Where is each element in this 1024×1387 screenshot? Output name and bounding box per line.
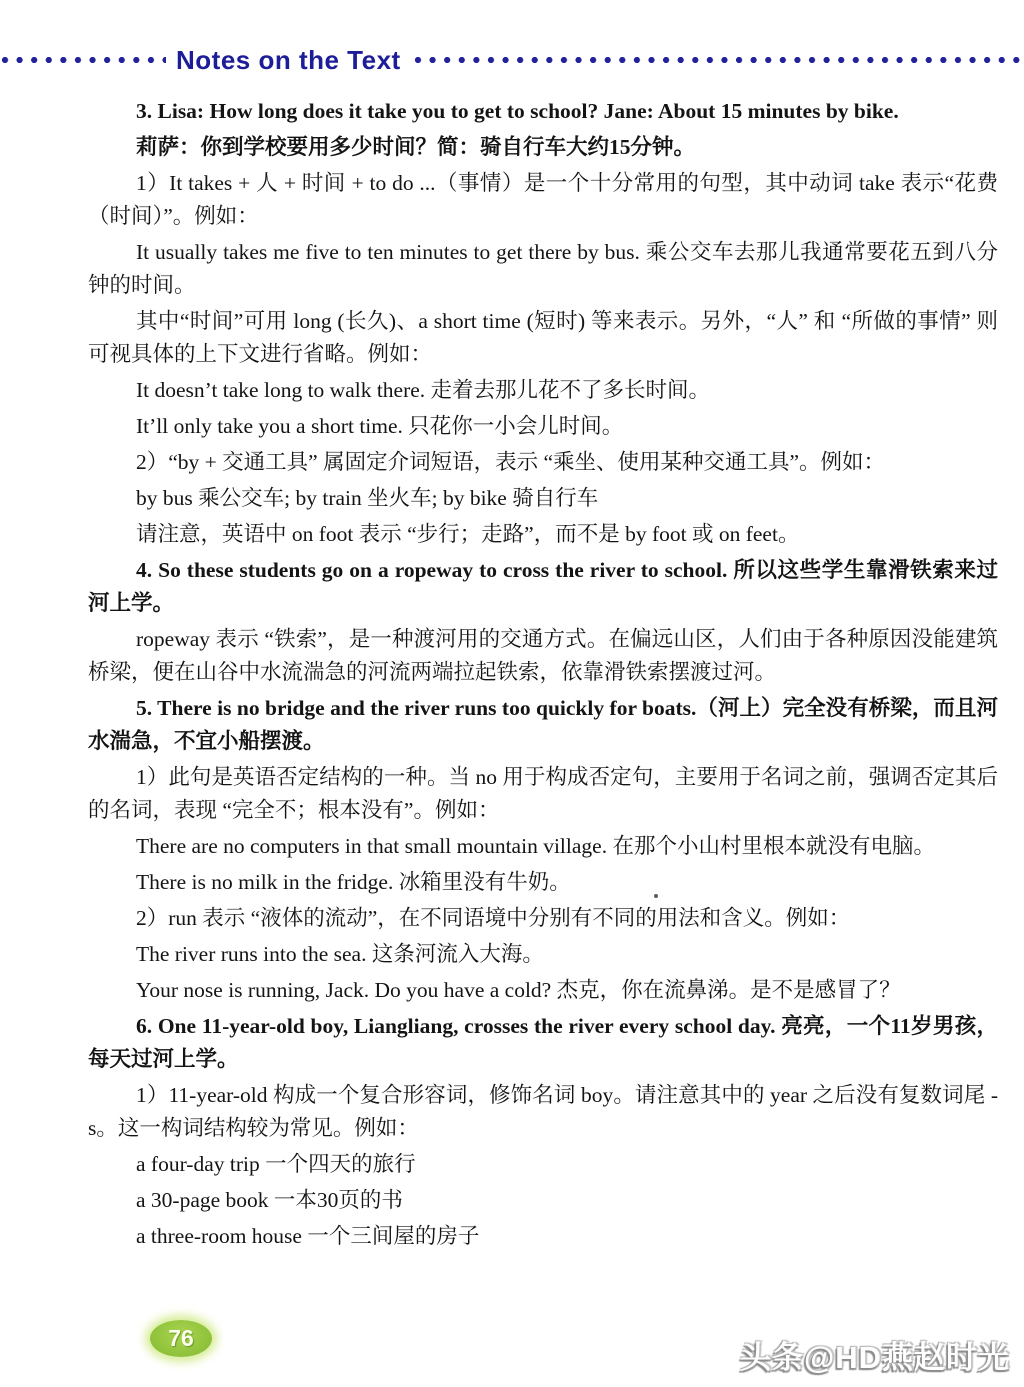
note-3-point-2: 2）“by + 交通工具” 属固定介词短语，表示 “乘坐、使用某种交通工具”。例… <box>88 446 998 479</box>
note-4-explanation: ropeway 表示 “铁索”，是一种渡河用的交通方式。在偏远山区，人们由于各种… <box>88 623 998 689</box>
example-phrase: a three-room house 一个三间屋的房子 <box>88 1220 998 1253</box>
example-phrases: by bus 乘公交车; by train 坐火车; by bike 骑自行车 <box>88 482 998 515</box>
section-title: Notes on the Text <box>166 45 413 76</box>
dotted-rule-right <box>413 55 1024 65</box>
note-5-point-2: 2）run 表示 “液体的流动”，在不同语境中分别有不同的用法和含义。例如： <box>88 902 998 935</box>
note-6-sentence: 6. One 11-year-old boy, Liangliang, cros… <box>88 1010 998 1076</box>
note-3-usage: 其中“时间”可用 long (长久)、a short time (短时) 等来表… <box>88 305 998 371</box>
example-phrase: a 30-page book 一本30页的书 <box>88 1184 998 1217</box>
dotted-rule-left <box>0 55 166 65</box>
note-3-translation: 莉萨：你到学校要用多少时间？简：骑自行车大约15分钟。 <box>88 131 998 164</box>
example-sentence: There is no milk in the fridge. 冰箱里没有牛奶。 <box>88 866 998 899</box>
example-sentence: There are no computers in that small mou… <box>88 830 998 863</box>
example-sentence: It’ll only take you a short time. 只花你一小会… <box>88 410 998 443</box>
watermark: 头条@HD燕赵时光 <box>740 1332 1010 1377</box>
notes-body: 3. Lisa: How long does it take you to ge… <box>0 76 1024 1253</box>
note-3-sentence: 3. Lisa: How long does it take you to ge… <box>88 95 998 128</box>
note-4-sentence: 4. So these students go on a ropeway to … <box>88 554 998 620</box>
example-sentence: Your nose is running, Jack. Do you have … <box>88 974 998 1007</box>
example-sentence: It usually takes me five to ten minutes … <box>88 236 998 302</box>
page-number-badge: 76 <box>150 1320 212 1357</box>
example-phrase: a four-day trip 一个四天的旅行 <box>88 1148 998 1181</box>
note-5-point-1: 1）此句是英语否定结构的一种。当 no 用于构成否定句，主要用于名词之前，强调否… <box>88 761 998 827</box>
example-sentence: It doesn’t take long to walk there. 走着去那… <box>88 374 998 407</box>
example-sentence: The river runs into the sea. 这条河流入大海。 <box>88 938 998 971</box>
section-header: Notes on the Text <box>0 0 1024 76</box>
note-3-point-1: 1）It takes + 人 + 时间 + to do ...（事情）是一个十分… <box>88 167 998 233</box>
textbook-page: Notes on the Text 3. Lisa: How long does… <box>0 0 1024 1387</box>
note-6-point-1: 1）11-year-old 构成一个复合形容词，修饰名词 boy。请注意其中的 … <box>88 1079 998 1145</box>
note-5-sentence: 5. There is no bridge and the river runs… <box>88 692 998 758</box>
note-3-caution: 请注意，英语中 on foot 表示 “步行；走路”，而不是 by foot 或… <box>88 518 998 551</box>
scan-speck <box>654 894 658 898</box>
